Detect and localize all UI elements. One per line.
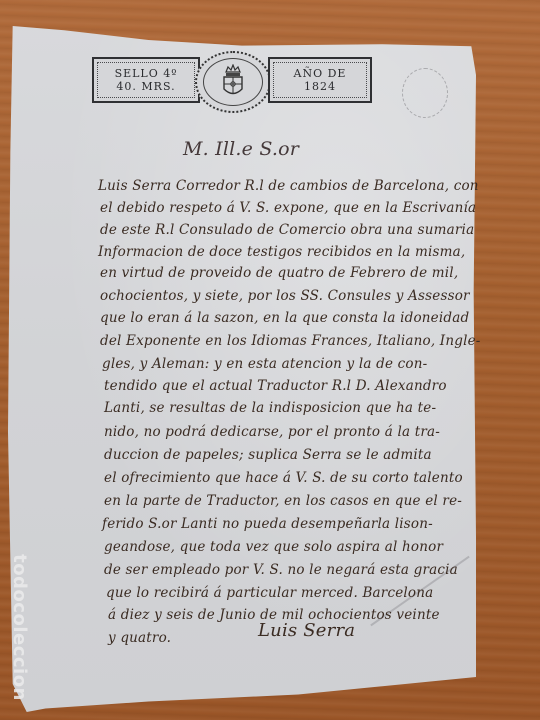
text-line: ochocientos, y siete, por los SS. Consul… (100, 288, 470, 304)
text-line: de ser empleado por V. S. no le negará e… (104, 562, 458, 578)
text-line: nido, no podrá dedicarse, por el pronto … (104, 424, 440, 440)
salutation: M. Ill.e S.or (183, 138, 299, 160)
royal-coat-of-arms-seal (195, 51, 271, 113)
text-line: geandose, que toda vez que solo aspira a… (104, 539, 443, 555)
text-line: el debido respeto á V. S. expone, que en… (100, 200, 476, 216)
text-line: ferido S.or Lanti no pueda desempeñarla … (102, 516, 433, 532)
coat-of-arms-icon (218, 64, 248, 100)
watermark: todocoleccion (6, 545, 32, 710)
text-line: que lo eran á la sazon, en la que consta… (100, 310, 469, 326)
stamp-left-panel: SELLO 4º 40. MRS. (92, 57, 200, 103)
stamp-year: 1824 (304, 80, 336, 93)
stamp-year-label: AÑO DE (294, 67, 347, 80)
text-line: Informacion de doce testigos recibidos e… (98, 244, 465, 260)
watermark-text: todocoleccion (9, 554, 30, 701)
text-line: en la parte de Traductor, en los casos e… (104, 493, 462, 509)
text-line: de este R.l Consulado de Comercio obra u… (100, 222, 474, 238)
text-line: Lanti, se resultas de la indisposicion q… (104, 400, 436, 416)
blind-embossed-stamp (402, 68, 448, 118)
text-line: Luis Serra Corredor R.l de cambios de Ba… (98, 178, 479, 194)
fiscal-stamp: SELLO 4º 40. MRS. AÑO DE 1824 (92, 57, 374, 105)
text-line: que lo recibirá á particular merced. Bar… (106, 585, 433, 601)
crown-shield-icon (203, 58, 263, 106)
text-line: en virtud de proveido de quatro de Febre… (100, 265, 458, 281)
stamp-value: 40. MRS. (116, 80, 175, 93)
stamp-right-panel: AÑO DE 1824 (268, 57, 372, 103)
text-line: el ofrecimiento que hace á V. S. de su c… (104, 470, 463, 486)
text-line: y quatro. (108, 630, 171, 646)
stamp-seal-class: SELLO 4º (115, 67, 178, 80)
signature: Luis Serra (258, 620, 355, 641)
text-line: gles, y Aleman: y en esta atencion y la … (102, 356, 427, 372)
text-line: duccion de papeles; suplica Serra se le … (104, 447, 432, 463)
text-line: tendido que el actual Traductor R.l D. A… (104, 378, 447, 394)
text-line: del Exponente en los Idiomas Frances, It… (100, 333, 481, 349)
